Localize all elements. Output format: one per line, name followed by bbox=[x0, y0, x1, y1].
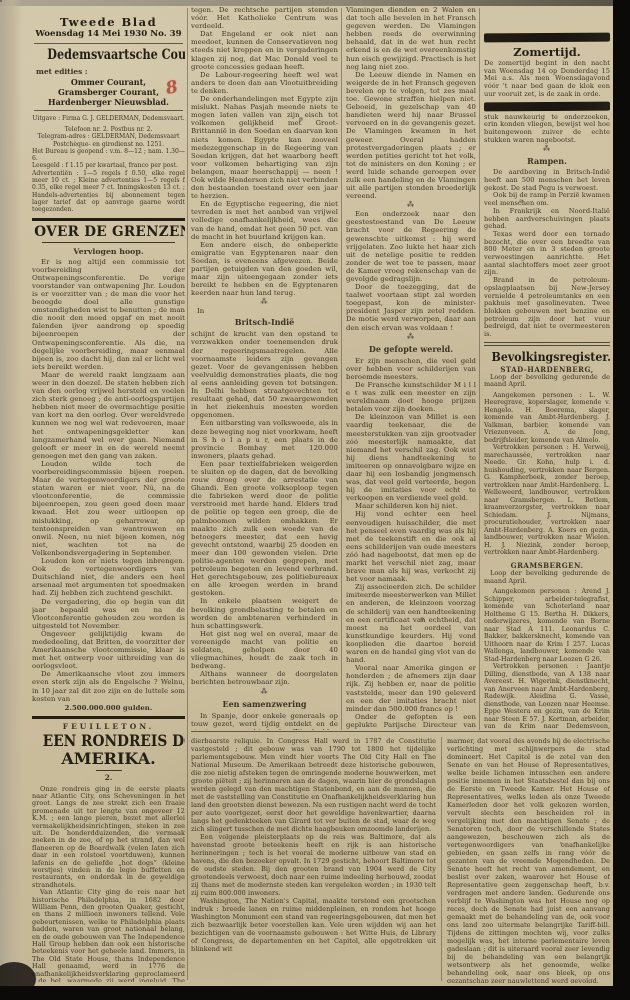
column-4: Zomertijd. De zomertijd begint in den na… bbox=[484, 6, 610, 730]
masthead-rule bbox=[34, 43, 183, 44]
amount-line: 2.500.000.000 gulden. bbox=[32, 704, 185, 712]
paragraph: Het gist nog wel en overal, maar de vere… bbox=[191, 630, 338, 670]
paragraph: Ook bij de ramp in Perzië kwamen veel me… bbox=[484, 192, 610, 207]
paragraph: Loudon wilde toch de voorbereidingscommi… bbox=[32, 460, 185, 557]
paragraph: Ongeveer gelijktijdig kwam de mededeelin… bbox=[32, 630, 185, 670]
double-rule bbox=[484, 342, 610, 346]
scan-corner-blot bbox=[0, 962, 36, 986]
paragraph: Texas werd door een tornado bezocht, die… bbox=[484, 231, 610, 277]
feuilleton-divider-rule bbox=[191, 731, 610, 732]
feuilleton-paragraph: dierbaarste reliquie. In Congress Hall w… bbox=[191, 737, 436, 833]
asterism-ornament: ⁂ bbox=[484, 144, 610, 154]
asterism-ornament: ⁂ bbox=[191, 297, 338, 307]
zomertijd-notice: De zomertijd begint in den nacht van Woe… bbox=[484, 60, 610, 99]
scan-left-edge bbox=[0, 0, 22, 986]
paragraph: Een paar textielfabrieken weigerden te s… bbox=[191, 460, 338, 598]
colophon-bureau: Het Bureau is geopend : v.m. 8—12 ; nam.… bbox=[32, 148, 185, 163]
paragraph: Dat Engeland er ook niet aan meedoet, ku… bbox=[191, 30, 338, 70]
feuilleton-paragraph: Washington, The Nation's Capital, maakte… bbox=[191, 897, 436, 953]
bottom-column-rule bbox=[441, 737, 442, 981]
chapter-number: 2. bbox=[32, 773, 185, 783]
column-rule-2 bbox=[341, 8, 342, 730]
heading-zomertijd: Zomertijd. bbox=[484, 45, 610, 59]
feuilleton-title-line2: AMERIKA. bbox=[32, 750, 185, 768]
feuilleton-column-2: dierbaarste reliquie. In Congress Hall w… bbox=[191, 737, 436, 983]
paragraph: En de Egyptische regeering, die niet tev… bbox=[191, 200, 338, 240]
paragraph: Een andere eisch, de onbeperkte emigrati… bbox=[191, 241, 338, 298]
register-arrivals: Aangekomen personen : Arend J. Schipper,… bbox=[484, 588, 610, 663]
edition-gramsberger: Gramsberger Courant, bbox=[32, 87, 185, 97]
register-period: Loop der bevolking gedurende de maand Ap… bbox=[484, 374, 610, 389]
heading-britsch-indie: Britsch-Indië bbox=[191, 317, 338, 328]
section-bar bbox=[32, 218, 185, 221]
paragraph: Vlamingen dienden en 2 Walen en dat toch… bbox=[346, 6, 476, 71]
column-rule-3 bbox=[479, 8, 480, 730]
feuilleton-paragraph: marmer, dat vooral des avonds bij de ele… bbox=[447, 737, 610, 983]
colophon-giro: Postchèque- en girodienst no. 1251. bbox=[32, 141, 185, 148]
paragraph: In Frankrijk en Noord-Italië hebben aard… bbox=[484, 208, 610, 231]
heading-rampen: Rampen. bbox=[484, 156, 610, 167]
paragraph: De Amerikaansche vloot zou immers even s… bbox=[32, 670, 185, 702]
editions-intro: met edities : bbox=[36, 67, 185, 76]
edition-ommer: Ommer Courant, bbox=[32, 77, 185, 87]
paragraph: Hij vond echter een heel eenvoudigen hui… bbox=[346, 510, 476, 583]
colophon: Telefoon nr. 2. Postbus nr. 2. Telegram-… bbox=[32, 126, 185, 214]
heading-samenzwering: Een samenzwering bbox=[191, 699, 338, 710]
paragraph: In enkele plaatsen weigert de bevolking … bbox=[191, 597, 338, 629]
paragraph: Er zijn menschen, die veel geld over heb… bbox=[346, 357, 476, 381]
column-1: Tweede Blad Woensdag 14 Mei 1930 No. 39 … bbox=[32, 6, 185, 712]
dateline: Woensdag 14 Mei 1930 No. 39 bbox=[32, 29, 185, 40]
paragraph: In Spanje, door enkele generaals op touw… bbox=[191, 712, 338, 731]
scanned-newspaper-page: { "masthead": { "edition": "Tweede Blad"… bbox=[0, 0, 630, 1000]
paragraph: Vooral naar Amerika gingen er honderden … bbox=[346, 664, 476, 713]
paragraph: De aardbeving in Britsch-Indië heeft aan… bbox=[484, 169, 610, 192]
register-departures: Vertrokken personen : H. Verweij, marech… bbox=[484, 444, 610, 557]
feuilleton-column-3: marmer, dat vooral des avonds bij de ele… bbox=[447, 737, 610, 983]
paragraph: Maar schilderen kon hij niet. bbox=[346, 502, 476, 510]
register-period: Loop der bevolking gedurende de maand Ap… bbox=[484, 570, 610, 585]
paragraph: Zij associeerden zich. De schilder imite… bbox=[346, 583, 476, 664]
paragraph: Er is nog altijd een commissie tot voorb… bbox=[32, 258, 185, 371]
paragraph: Althans wanneer de doorgelaten berichten… bbox=[191, 670, 338, 686]
register-arrivals: Aangekomen personen : L. W. Heeregrave, … bbox=[484, 392, 610, 445]
feuilleton-column-1: FEUILLETON. EEN RONDREIS DOOR AMERIKA. 2… bbox=[32, 716, 185, 982]
publisher-line: Uitgave : Firma G. J. GELDERMAN, Dedemsv… bbox=[32, 114, 185, 123]
colophon-telefoon: Telefoon nr. 2. Postbus nr. 2. bbox=[32, 126, 185, 133]
newspaper-page: Tweede Blad Woensdag 14 Mei 1930 No. 39 … bbox=[0, 0, 613, 986]
colophon-telegram: Telegram-adres : GELDERMAN, Dedemsvaart bbox=[32, 133, 185, 140]
paragraph: tegen. De rechtsche partijen stemden vóó… bbox=[191, 6, 338, 30]
paragraph: De Labour-regeering heeft wel wat anders… bbox=[191, 71, 338, 95]
asterism-ornament: ⁂ bbox=[346, 332, 476, 342]
paragraph: Een uitbarsting van volkswoede, als in d… bbox=[191, 419, 338, 459]
colophon-advertenties: Advertentiën : 1—5 regels f 0.50, elke r… bbox=[32, 170, 185, 214]
paragraph: De Fransche kunstschilder M i l l e t wa… bbox=[346, 381, 476, 413]
heading-gefopte-wereld: De gefopte wereld. bbox=[346, 344, 476, 355]
column-3: Vlamingen dienden en 2 Walen en dat toch… bbox=[346, 6, 476, 730]
feuilleton-paragraph: Onze rondreis ging in de eerste plaats n… bbox=[32, 786, 185, 890]
section-in-word: In bbox=[191, 307, 338, 315]
headline-rule bbox=[42, 242, 175, 243]
edition-label: Tweede Blad bbox=[32, 16, 185, 29]
heading-bevolkingsregister: Bevolkingsregister. bbox=[492, 349, 603, 364]
feuilleton-bar bbox=[32, 716, 185, 719]
paragraph: Loudon kon er niets tegen inbrengen. Ook… bbox=[32, 557, 185, 597]
subhead-vervlogen-hoop: Vervlogen hoop. bbox=[32, 246, 185, 257]
feuilleton-title-line1: EEN RONDREIS DOOR bbox=[43, 732, 175, 750]
colophon-leesgeld: Leesgeld : f 1.15 per kwartaal, franco p… bbox=[32, 162, 185, 169]
masthead-rule-2 bbox=[34, 110, 183, 111]
paragraph: Maar de wereld raakt langzaam aan weer i… bbox=[32, 371, 185, 460]
column-rule-1 bbox=[187, 8, 188, 980]
paragraph: De onderhandelingen met Egypte zijn misl… bbox=[191, 95, 338, 200]
column-2: tegen. De rechtsche partijen stemden vóó… bbox=[191, 6, 338, 730]
paragraph: De kleinzoon van Millet is een vaardig t… bbox=[346, 413, 476, 502]
ink-smudge-bar bbox=[484, 101, 610, 111]
headline-over-de-grenzen: OVER DE GRENZEN. bbox=[34, 223, 182, 241]
newspaper-title: Dedemsvaartsche Courant bbox=[47, 47, 169, 64]
asterism-ornament: ⁂ bbox=[191, 687, 338, 697]
paragraph: schijnt de kracht van den opstand te ver… bbox=[191, 330, 338, 419]
asterism-ornament: ⁂ bbox=[346, 200, 476, 210]
feuilleton-paragraph: Van Atlantic City ging de reis naar het … bbox=[32, 889, 185, 982]
feuilleton-paragraph: Een volgende pleisterplaats op de reis w… bbox=[191, 833, 436, 897]
paragraph: Onder de gefopten is een geplukte Parijs… bbox=[346, 713, 476, 730]
paragraph: De Leeuw diende in Namen en weigerde de … bbox=[346, 71, 476, 201]
paragraph: Brand in de petroleum-opslagplaatsen bij… bbox=[484, 277, 610, 339]
edition-hardenberger: Hardenberger Nieuwsblad. bbox=[32, 97, 185, 107]
paragraph: Een onderzoek naar den geestestoestand v… bbox=[346, 210, 476, 283]
feuilleton-rule bbox=[96, 770, 122, 771]
register-departures: Vertrokken personen : Jaantje Dilling, d… bbox=[484, 663, 610, 730]
ink-speckles bbox=[0, 0, 2, 2]
paragraph: Door de toezegging, dat de taalwet voort… bbox=[346, 283, 476, 332]
paragraph: De vergadering, die op begin van dit jaa… bbox=[32, 598, 185, 630]
ink-smudge-bar bbox=[484, 33, 610, 43]
paragraph-continuation: stuk nauwkeurig te onderzoeken, erin kon… bbox=[484, 114, 610, 145]
